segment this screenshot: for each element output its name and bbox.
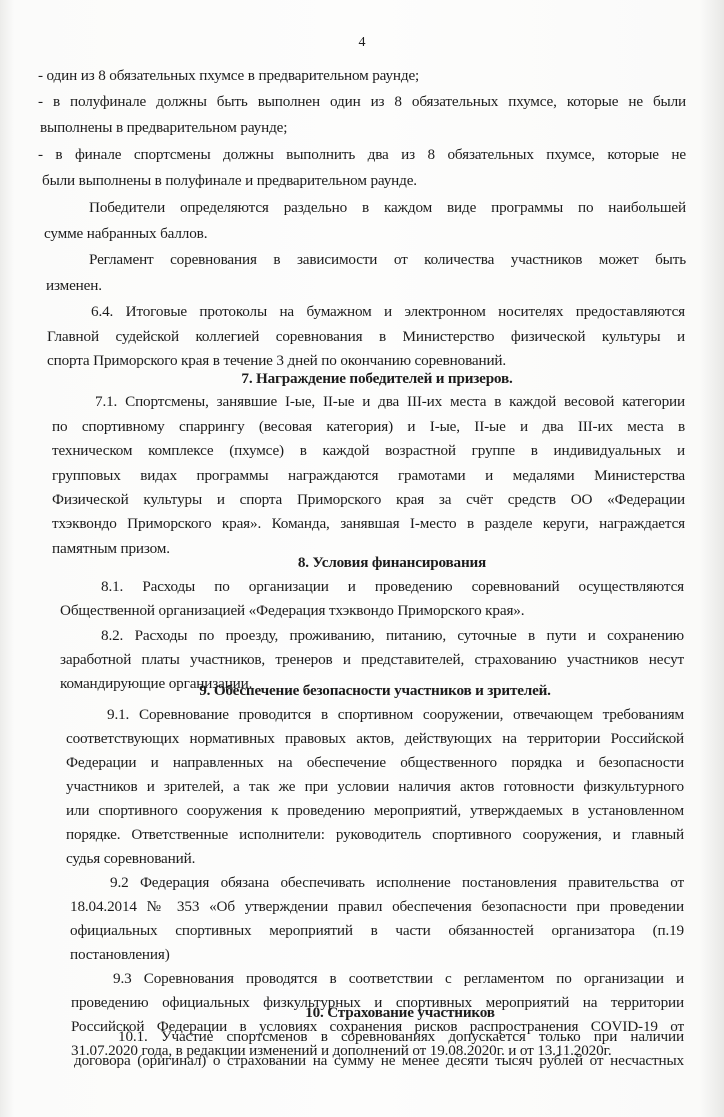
paragraph-line: договора (оригинал) о страховании на сум… [74,1051,684,1071]
section-heading-10: 10. Страхование участников [0,1003,724,1023]
paragraph-line: 10.1. Участие спортсменов в соревнования… [118,1027,684,1047]
section-10: 10. Страхование участников 10.1. Участие… [0,0,724,1117]
